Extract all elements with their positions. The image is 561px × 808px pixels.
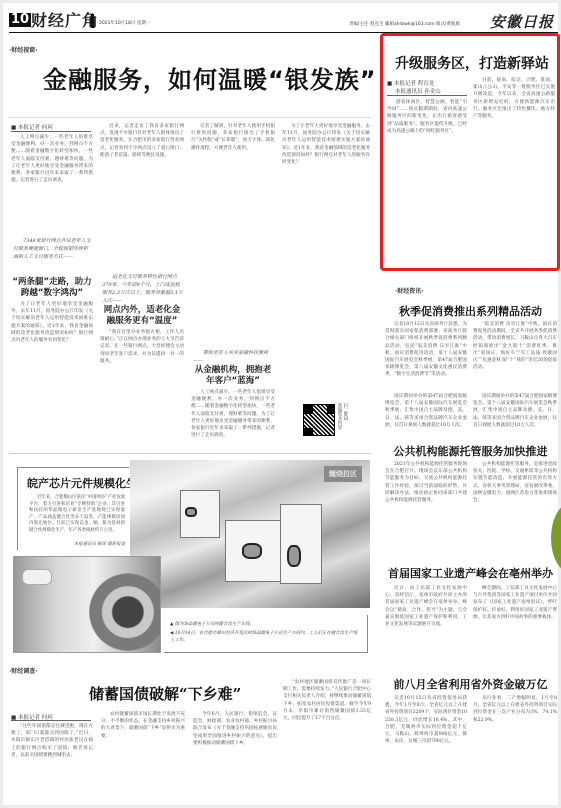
finance-news-kicker: ·财经资讯· xyxy=(395,286,424,295)
highlight-body-col2: 目前，皖南、皖北、合肥、淮南、霍山八公山、平安等一批服务区已实施升级改造，今年以… xyxy=(473,77,555,263)
sub-head-warmth: 网点内外，适老化金融服务更有“温度” xyxy=(100,305,184,327)
bond-body-col4: “农村地区储蓄国债宣传推广是一项长期工作，需要持续发力。”人民银行合肥中心支行相… xyxy=(283,679,371,801)
lead-body-col4: 为了让老年人更好地享受金融服务，去年11月，国务院办公厅印发《关于切实解决老年人… xyxy=(282,123,370,399)
page-number: 10 xyxy=(9,13,31,27)
lead-body-col1: 人工网点减少、一些老年人很难享受金融便利，办一次业务，到网点不方便……随着金融数… xyxy=(11,134,93,234)
bond-body-col2: 农村储蓄国债市场长期处于发展不充分、不平衡的状态。在金融支持乡村振兴的大背景下，… xyxy=(101,711,185,801)
chip-feature-text: 近年来，合肥蜀山区依托“中国网谷”产业发展平台，着力引进和培育“专精特新”企业，… xyxy=(29,495,125,535)
lead-body-col2: 近来，记者走访了我省多家银行网点，发现不少银行针对老年人群体推出了适老化服务。在… xyxy=(100,123,184,243)
byline-rule xyxy=(11,131,91,132)
masthead: 10 财经广角 2021年10月18日 星期一 责编/主任 倪克生 邮箱ahrb… xyxy=(9,11,558,33)
qr-code[interactable] xyxy=(303,404,335,436)
pull-quote-3: 帮助老年人共享金融科技便利—— xyxy=(193,349,273,363)
lead-body-col3b: 人工网点减少、一些老年人很难享受金融便利，办一次业务，到网点不方便……随着金融数… xyxy=(191,389,275,445)
qr-label-2: 查阅更多内容 xyxy=(337,403,342,429)
story-body-energy-col2: 公共机构能源托管服务，是推进党政机关、医院、学校、交通枢纽等公共机构实施节能改造… xyxy=(473,461,557,549)
lead-body-col2b: “我在这里办业务很方便，工作人员很耐心。”正在网点办理业务的王大爷告诉记者。在一… xyxy=(100,329,184,393)
factory-sign: 缠绕拉区 xyxy=(324,466,362,482)
highlight-byline-1: ■ 本报记者 程育龙 xyxy=(387,79,434,87)
section-title: 财经广角 xyxy=(31,11,99,31)
photo-caption-box: ▲ 图为华晶微电子公司的键合丝生产车间。 ◀ 10月14日，在合肥市蜀山经济开发… xyxy=(164,615,368,653)
bond-byline-rule xyxy=(11,720,91,721)
qr-label-1: 扫二维码 xyxy=(343,403,348,421)
bond-body-col3: 今年6月，人民银行、银保监会、证监会、财政部、农业农村部、乡村振兴局联合发布《关… xyxy=(193,711,277,801)
story-headline-consumption: 秋季促消费推出系列精品活动 xyxy=(383,303,558,319)
lead-body-col1b: 为了让老年人更好地享受金融服务，去年11月，国务院办公厅印发《关于切实解决老年人… xyxy=(11,301,93,391)
machine-shape xyxy=(280,504,322,584)
story-headline-investment: 前八月全省利用省外资金破万亿 xyxy=(383,676,558,692)
story-body-investment-col1: 记者10月15日从省投资促进局获悉，今年1月至8月，全省亿元以上在建省外投资项目… xyxy=(385,695,467,797)
story-body-energy-col1: 2021年公共机构能源托管服务现场会在合肥召开。现场会以东部公共机构节能服务为目… xyxy=(385,461,467,549)
story-body-consumption-col2: “皖美消费 乐享江淮”中秋、国庆消费促进活动期间，全省共开展各类促消费活动，带动… xyxy=(473,321,557,391)
highlight-headline: 升级服务区，打造新驿站 xyxy=(387,55,557,73)
section-divider xyxy=(9,453,371,454)
story-headline-energy: 公共机构能源托管服务加快推进 xyxy=(383,443,558,459)
sub-head-blue-ocean: 从金融机构，拥抱老年客户“蓝海” xyxy=(191,365,275,387)
factory-photo: 缠绕拉区 xyxy=(130,460,370,608)
bond-kicker: ·财经调查· xyxy=(9,666,38,675)
story-body-consumption-col2b: 国庆期间举办的第47届合肥国家级博览会、第十八届安徽国际汽车展览会秋季展，汇集中… xyxy=(473,393,557,427)
worker-photo xyxy=(13,556,161,653)
paper-logo: 安徽日报 xyxy=(490,11,554,32)
editor-credits: 责编/主任 倪克生 邮箱ahrbwk@163.com 版式/黄航航 xyxy=(349,21,460,27)
bond-headline: 储蓄国债破解“下乡难” xyxy=(89,683,241,704)
story-headline-heritage: 首届国家工业遗产峰会在亳州举办 xyxy=(383,565,558,581)
machine-shape xyxy=(225,520,285,582)
story-body-consumption-col1b: 国庆期间举办的第47届合肥国家级博览会、第十八届安徽国际汽车展览会秋季展，汇集中… xyxy=(385,393,467,427)
highlight-byline-rule xyxy=(387,95,467,96)
story-body-heritage-col1: 近日，由工信部工业文化发展中心、省经信厅、亳州市政府共同主办的首届国家工业遗产峰… xyxy=(385,585,467,653)
story-body-consumption-col1: 记者10月12日从省商务厅获悉，为贯彻落实国家促消费部署，省商务厅联合相关部门组… xyxy=(385,321,467,391)
pull-quote-1: 7348家银行网点开设老年人支付服务便捷窗口，全程保留传统柜面和人工支付服务方式… xyxy=(13,237,91,277)
newspaper-page: 10 财经广角 2021年10月18日 星期一 责编/主任 倪克生 邮箱ahrb… xyxy=(3,3,558,805)
photo-caption-2: ◀ 10月14日，在合肥市蜀山经济开发区的华晶微电子公司生产车间内，工人们正在键… xyxy=(170,630,361,644)
lead-divider xyxy=(9,117,371,118)
chip-feature-credit: 本报通讯员 解琛 摄影报道 xyxy=(43,541,125,547)
lead-byline: ■ 本报记者 何珂 xyxy=(11,123,53,131)
machine-shape xyxy=(180,490,220,538)
issue-date: 2021年10月18日 星期一 xyxy=(99,20,150,26)
bond-body-col1: “这些年国债都是往城里跑，现在方便了，家门口就能买到国债了。”近日，阜阳市颍东区… xyxy=(11,723,93,801)
lead-headline: 金融服务，如何温暖“银发族” xyxy=(43,65,377,95)
story-body-heritage-col2: 峰会期间，工信部工业文化发展中心与古井集团等国家工业遗产项目单位共同发布了《国家… xyxy=(473,585,557,653)
lead-kicker: ·财经视窗· xyxy=(9,45,38,54)
lead-body-col3: 记者了解到，针对老年人使用手机银行难的问题，多家银行推出了手机银行“关怀版”或“… xyxy=(191,123,275,343)
sub-head-digital-gap: “两条腿”走路，助力跨越“数字鸿沟” xyxy=(11,277,93,299)
story-body-investment-col2: 从行业看，二产增幅明显，1月至8月，全省亿元以上在建省外投资项目实际到位资金在三… xyxy=(473,695,557,797)
worker-mask xyxy=(22,569,52,585)
pull-quote-2: 适老化支付服务特色银行网点379家，今年前9个月，上门或远程服务2.3万次以上，… xyxy=(102,273,184,309)
highlight-body-col1: 游客休闲区、智慧公厕、智能“引导屏”……国庆假期期间，省内高速公路服务区的新变化… xyxy=(387,99,467,263)
photo-caption-1: ▲ 图为华晶微电子公司的键合丝生产车间。 xyxy=(170,621,361,628)
highlight-byline-2: 本报通讯员 孙金山 xyxy=(395,87,441,95)
section-bar-divider xyxy=(91,14,94,28)
